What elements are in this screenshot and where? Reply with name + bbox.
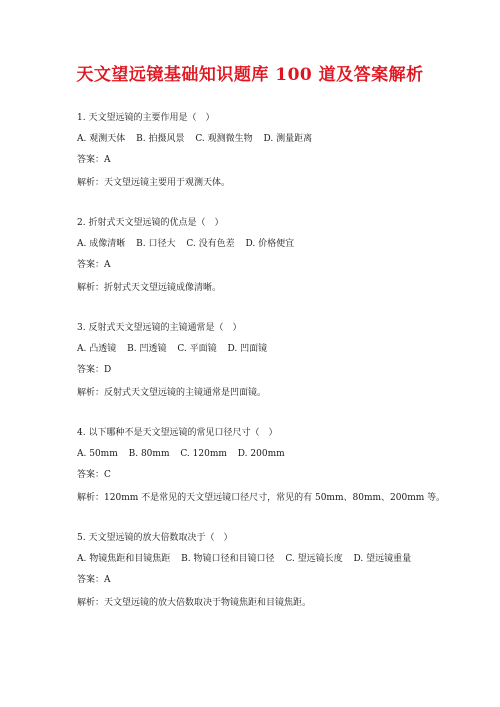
explanation-text: 反射式天文望远镜的主镜通常是凹面镜。 xyxy=(104,388,266,398)
explanation-text: 天文望远镜的放大倍数取决于物镜焦距和目镜焦距。 xyxy=(104,598,311,608)
answer-line: 答案：A xyxy=(77,570,477,591)
explanation-label: 解析： xyxy=(77,598,104,608)
question-block-1: 1. 天文望远镜的主要作用是（ ） A. 观测天体 B. 拍摄风景 C. 观测微… xyxy=(77,108,477,213)
question-list: 1. 天文望远镜的主要作用是（ ） A. 观测天体 B. 拍摄风景 C. 观测微… xyxy=(77,108,477,633)
options-line: A. 50mm B. 80mm C. 120mm D. 200mm xyxy=(77,444,477,465)
answer-value: A xyxy=(104,155,111,165)
answer-line: 答案：A xyxy=(77,255,477,276)
answer-value: A xyxy=(104,260,111,270)
answer-value: A xyxy=(104,575,111,585)
answer-label: 答案： xyxy=(77,260,104,270)
option-d: D. 价格便宜 xyxy=(246,239,295,249)
explanation-text: 天文望远镜主要用于观测天体。 xyxy=(104,178,230,188)
option-a: A. 凸透镜 xyxy=(77,344,116,354)
option-d: D. 测量距离 xyxy=(264,134,313,144)
explanation-line: 解析：天文望远镜主要用于观测天体。 xyxy=(77,173,477,194)
answer-line: 答案：D xyxy=(77,360,477,381)
answer-line: 答案：C xyxy=(77,465,477,486)
question-text: 4. 以下哪种不是天文望远镜的常见口径尺寸（ ） xyxy=(77,423,477,444)
answer-label: 答案： xyxy=(77,575,104,585)
explanation-label: 解析： xyxy=(77,388,104,398)
option-a: A. 物镜焦距和目镜焦距 xyxy=(77,554,170,564)
question-stem: 以下哪种不是天文望远镜的常见口径尺寸（ ） xyxy=(88,428,277,438)
explanation-line: 解析：天文望远镜的放大倍数取决于物镜焦距和目镜焦距。 xyxy=(77,593,477,614)
question-text: 2. 折射式天文望远镜的优点是（ ） xyxy=(77,213,477,234)
page-title: 天文望远镜基础知识题库 100 道及答案解析 xyxy=(0,60,500,85)
option-c: C. 观测微生物 xyxy=(195,134,252,144)
question-text: 5. 天文望远镜的放大倍数取决于（ ） xyxy=(77,528,477,549)
explanation-line: 解析：反射式天文望远镜的主镜通常是凹面镜。 xyxy=(77,383,477,404)
options-line: A. 观测天体 B. 拍摄风景 C. 观测微生物 D. 测量距离 xyxy=(77,129,477,150)
answer-label: 答案： xyxy=(77,470,104,480)
question-number: 1. xyxy=(77,113,86,123)
option-c: C. 平面镜 xyxy=(177,344,216,354)
option-b: B. 拍摄风景 xyxy=(136,134,184,144)
option-d: D. 200mm xyxy=(238,449,285,459)
options-line: A. 成像清晰 B. 口径大 C. 没有色差 D. 价格便宜 xyxy=(77,234,477,255)
explanation-label: 解析： xyxy=(77,283,104,293)
option-b: B. 80mm xyxy=(129,449,170,459)
explanation-text: 折射式天文望远镜成像清晰。 xyxy=(104,283,221,293)
options-line: A. 物镜焦距和目镜焦距 B. 物镜口径和目镜口径 C. 望远镜长度 D. 望远… xyxy=(77,549,477,570)
answer-value: D xyxy=(104,365,111,375)
question-stem: 折射式天文望远镜的优点是（ ） xyxy=(88,218,223,228)
question-number: 2. xyxy=(77,218,86,228)
answer-label: 答案： xyxy=(77,365,104,375)
question-number: 4. xyxy=(77,428,86,438)
answer-line: 答案：A xyxy=(77,150,477,171)
question-block-5: 5. 天文望远镜的放大倍数取决于（ ） A. 物镜焦距和目镜焦距 B. 物镜口径… xyxy=(77,528,477,633)
question-number: 5. xyxy=(77,533,86,543)
option-c: C. 没有色差 xyxy=(186,239,234,249)
option-c: C. 望远镜长度 xyxy=(285,554,342,564)
question-text: 3. 反射式天文望远镜的主镜通常是（ ） xyxy=(77,318,477,339)
explanation-label: 解析： xyxy=(77,178,104,188)
option-d: D. 望远镜重量 xyxy=(354,554,412,564)
options-line: A. 凸透镜 B. 凹透镜 C. 平面镜 D. 凹面镜 xyxy=(77,339,477,360)
option-b: B. 物镜口径和目镜口径 xyxy=(181,554,274,564)
explanation-label: 解析： xyxy=(77,493,104,503)
option-b: B. 凹透镜 xyxy=(127,344,166,354)
answer-label: 答案： xyxy=(77,155,104,165)
option-d: D. 凹面镜 xyxy=(228,344,268,354)
option-c: C. 120mm xyxy=(180,449,227,459)
option-b: B. 口径大 xyxy=(136,239,175,249)
explanation-line: 解析：120mm 不是常见的天文望远镜口径尺寸，常见的有 50mm、80mm、2… xyxy=(77,488,477,509)
option-a: A. 50mm xyxy=(77,449,118,459)
question-text: 1. 天文望远镜的主要作用是（ ） xyxy=(77,108,477,129)
question-block-3: 3. 反射式天文望远镜的主镜通常是（ ） A. 凸透镜 B. 凹透镜 C. 平面… xyxy=(77,318,477,423)
question-stem: 天文望远镜的主要作用是（ ） xyxy=(88,113,214,123)
question-number: 3. xyxy=(77,323,86,333)
explanation-text: 120mm 不是常见的天文望远镜口径尺寸，常见的有 50mm、80mm、200m… xyxy=(104,493,445,503)
option-a: A. 成像清晰 xyxy=(77,239,125,249)
option-a: A. 观测天体 xyxy=(77,134,125,144)
question-block-2: 2. 折射式天文望远镜的优点是（ ） A. 成像清晰 B. 口径大 C. 没有色… xyxy=(77,213,477,318)
explanation-line: 解析：折射式天文望远镜成像清晰。 xyxy=(77,278,477,299)
question-stem: 反射式天文望远镜的主镜通常是（ ） xyxy=(88,323,241,333)
question-block-4: 4. 以下哪种不是天文望远镜的常见口径尺寸（ ） A. 50mm B. 80mm… xyxy=(77,423,477,528)
answer-value: C xyxy=(104,470,111,480)
question-stem: 天文望远镜的放大倍数取决于（ ） xyxy=(88,533,232,543)
